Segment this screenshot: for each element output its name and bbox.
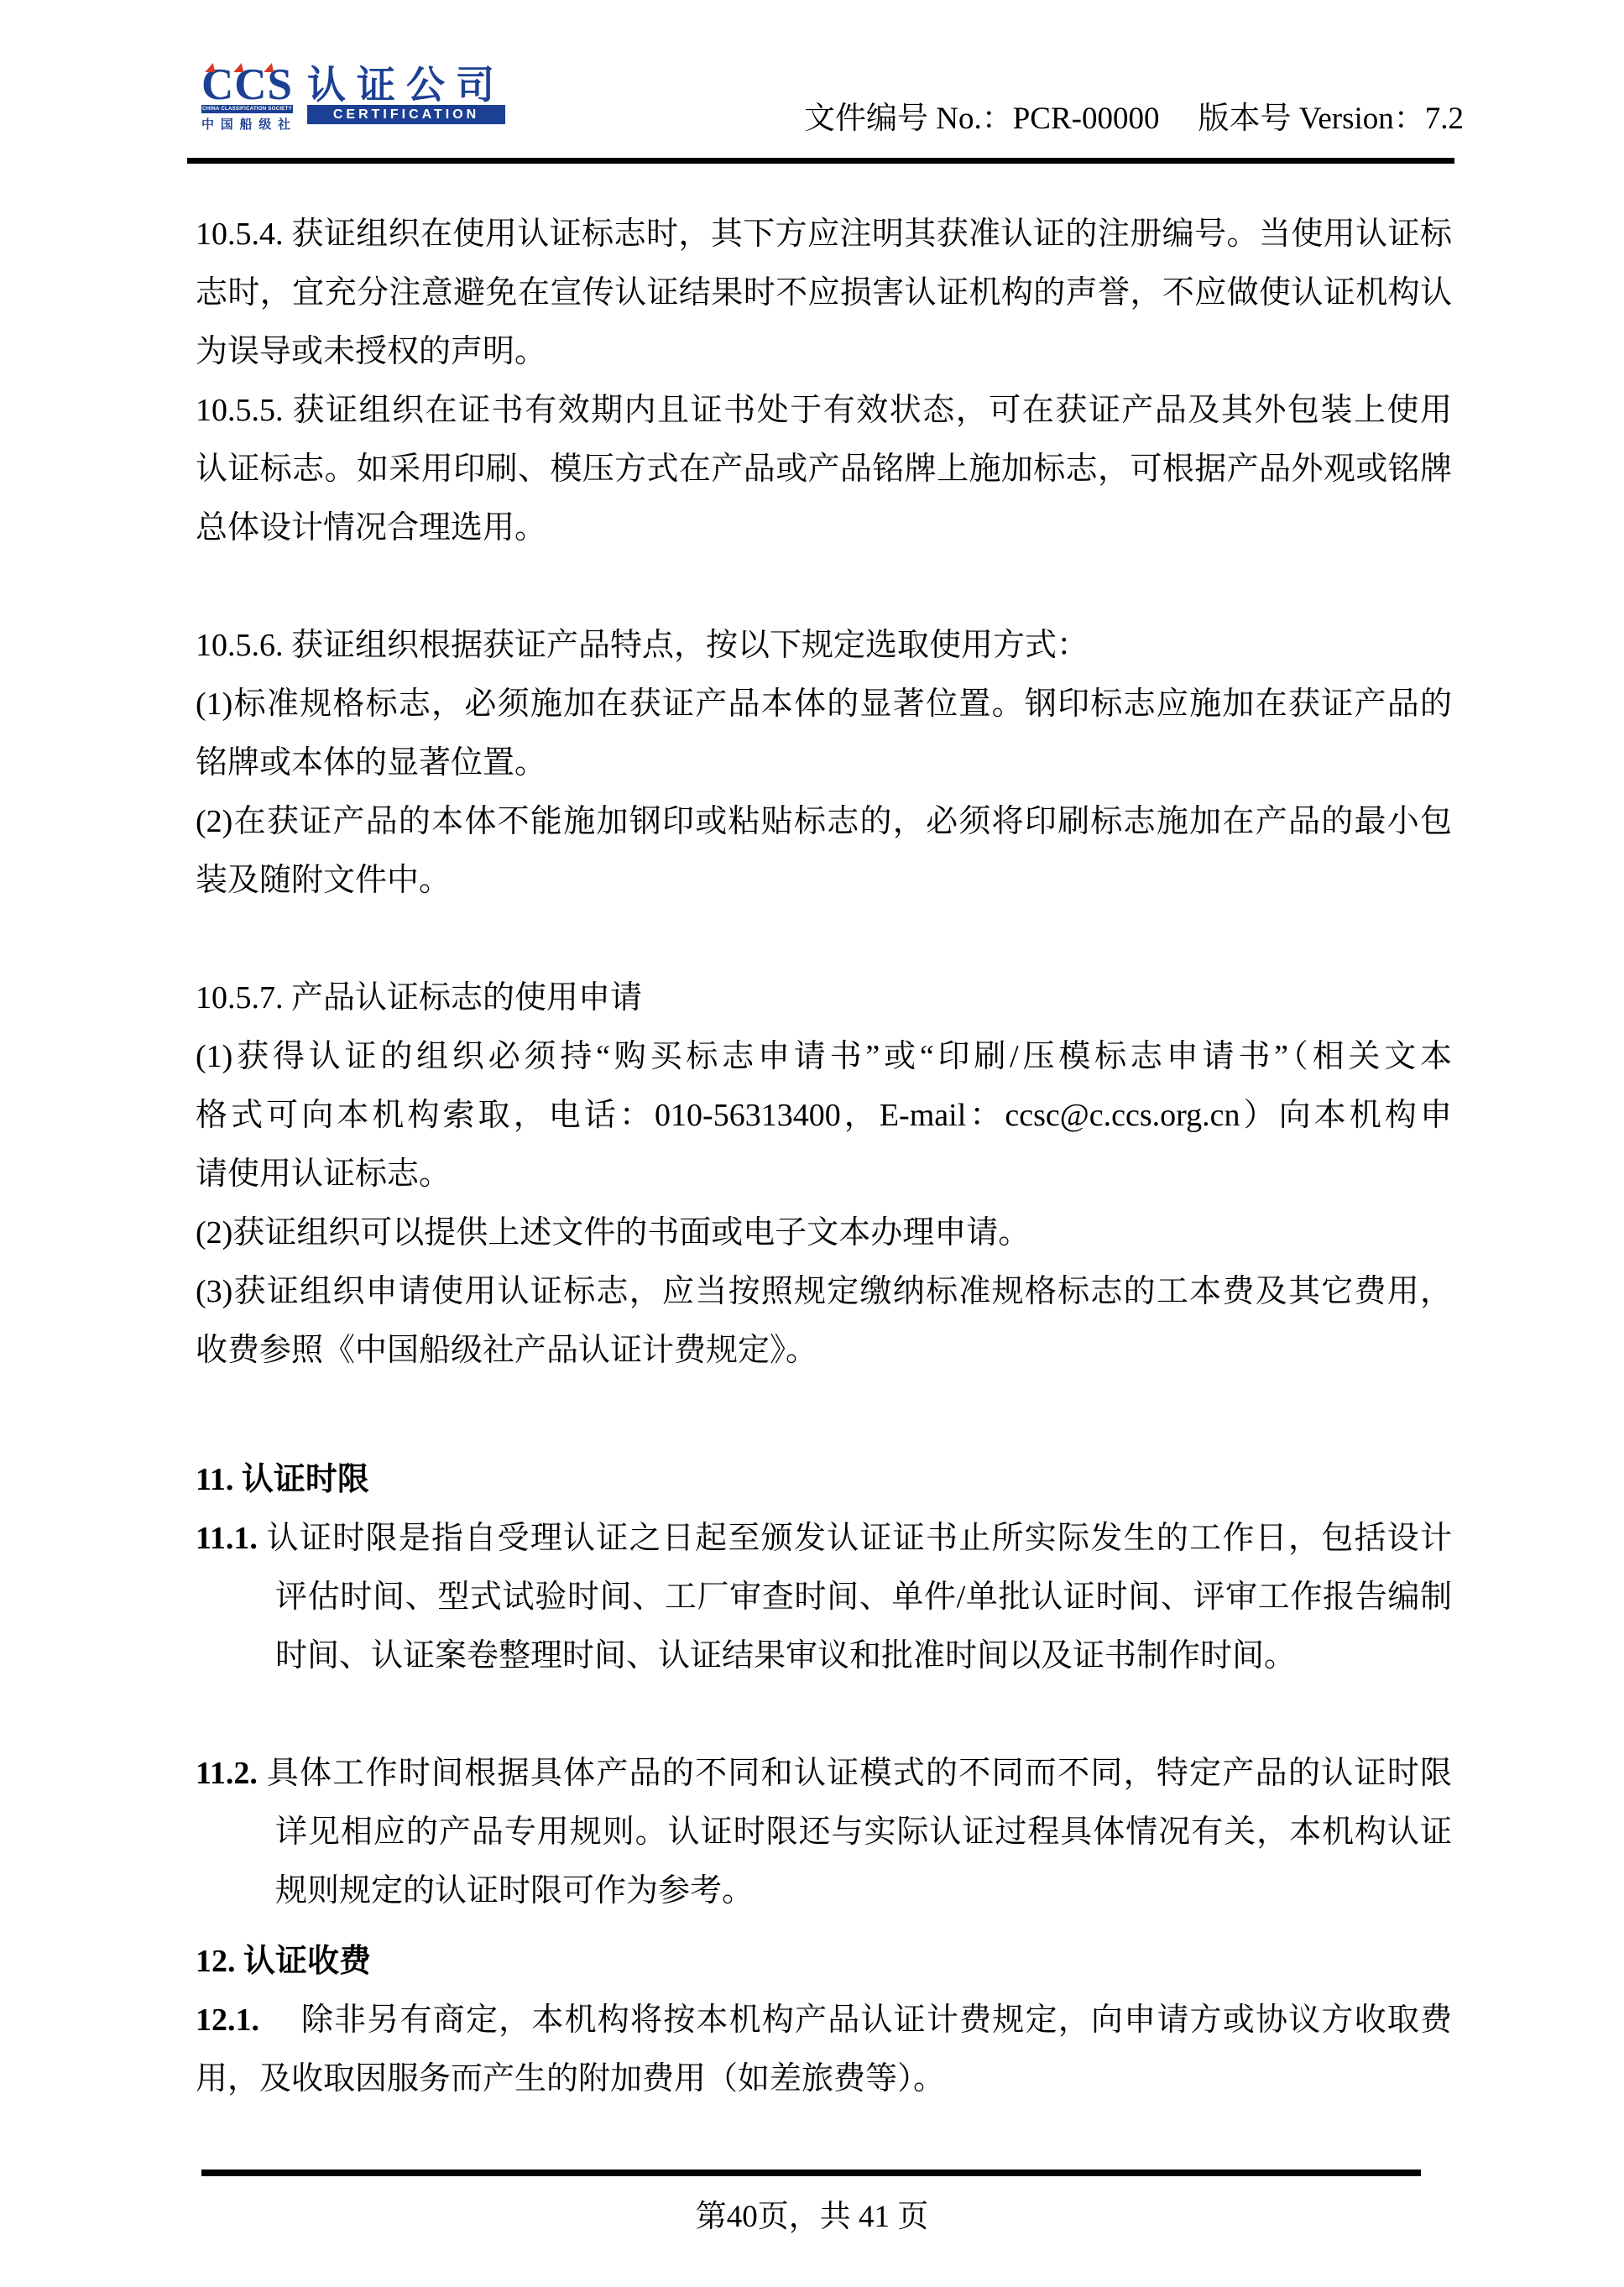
- line-text: 获证组织根据获证产品特点，按以下规定选取使用方式：: [291, 628, 1089, 663]
- text-line: 10.5.5. 获证组织在证书有效期内且证书处于有效状态，可在获证产品及其外包装…: [196, 381, 1452, 440]
- text-line: 详见相应的产品专用规则。认证时限还与实际认证过程具体情况有关，本机构认证: [196, 1803, 1452, 1861]
- text-line: 格式可向本机构索取，电话：010-56313400，E-mail：ccsc@c.…: [196, 1086, 1452, 1145]
- line-text: 详见相应的产品专用规则。认证时限还与实际认证过程具体情况有关，本机构认证: [275, 1814, 1452, 1850]
- text-line: (1)获得认证的组织必须持“购买标志申请书”或“印刷/压模标志申请书”（相关文本: [196, 1027, 1452, 1086]
- line-text: (2)在获证产品的本体不能施加钢印或粘贴标志的，必须将印刷标志施加在产品的最小包: [196, 804, 1452, 839]
- section-number: 11.2.: [196, 1756, 258, 1791]
- line-text: 评估时间、型式试验时间、工厂审查时间、单件/单批认证时间、评审工作报告编制: [275, 1579, 1452, 1615]
- company-name-cn: 认证公司: [307, 67, 505, 102]
- text-line: 收费参照《中国船级社产品认证计费规定》。: [196, 1321, 1452, 1380]
- line-text: 总体设计情况合理选用。: [196, 510, 546, 546]
- section-number: 10.5.4.: [196, 217, 284, 252]
- line-text: 认证时限是指自受理认证之日起至颁发认证证书止所实际发生的工作日，包括设计: [267, 1521, 1452, 1556]
- line-text: 获证组织在使用认证标志时，其下方应注明其获准认证的注册编号。当使用认证标: [291, 217, 1452, 252]
- line-text: 志时，宜充分注意避免在宣传认证结果时不应损害认证机构的声誉，不应做使认证机构认: [196, 275, 1452, 311]
- line-text: 铭牌或本体的显著位置。: [196, 745, 546, 781]
- section-number: 10.5.7.: [196, 980, 284, 1016]
- doc-number-label: 文件编号 No.：PCR-00000: [804, 92, 1159, 138]
- section-number: 12.: [196, 1944, 236, 1979]
- version-label: 版本号 Version：7.2: [1198, 92, 1464, 138]
- page-number: 第40页，共 41 页: [0, 2190, 1624, 2236]
- text-line: 铭牌或本体的显著位置。: [196, 734, 1452, 792]
- line-text: 收费参照《中国船级社产品认证计费规定》。: [196, 1333, 817, 1368]
- certification-bar: CERTIFICATION: [307, 105, 505, 124]
- section-heading: 12. 认证收费: [196, 1932, 1452, 1991]
- line-text: 具体工作时间根据具体产品的不同和认证模式的不同而不同，特定产品的认证时限: [267, 1756, 1452, 1791]
- footer-rule: [201, 2170, 1421, 2176]
- blank-line: [196, 557, 1452, 616]
- line-text: 格式可向本机构索取，电话：010-56313400，E-mail：ccsc@c.…: [196, 1098, 1452, 1133]
- text-line: (2)在获证产品的本体不能施加钢印或粘贴标志的，必须将印刷标志施加在产品的最小包: [196, 792, 1452, 851]
- line-text: 认证收费: [243, 1944, 371, 1979]
- header-meta: 文件编号 No.：PCR-00000 版本号 Version：7.2: [804, 92, 1464, 138]
- line-text: (1)标准规格标志，必须施加在获证产品本体的显著位置。钢印标志应施加在获证产品的: [196, 687, 1452, 722]
- text-line: 11.2. 具体工作时间根据具体产品的不同和认证模式的不同而不同，特定产品的认证…: [196, 1744, 1452, 1803]
- line-text: (3)获证组织申请使用认证标志，应当按照规定缴纳标准规格标志的工本费及其它费用，: [196, 1274, 1452, 1309]
- text-line: (1)标准规格标志，必须施加在获证产品本体的显著位置。钢印标志应施加在获证产品的: [196, 675, 1452, 734]
- ccs-logo: CCS CHINA CLASSIFICATION SOCIETY 中 国 船 级…: [201, 67, 505, 133]
- section-number: 12.1.: [196, 2002, 259, 2038]
- text-line: (3)获证组织申请使用认证标志，应当按照规定缴纳标准规格标志的工本费及其它费用，: [196, 1262, 1452, 1321]
- text-line: (2)获证组织可以提供上述文件的书面或电子文本办理申请。: [196, 1204, 1452, 1262]
- line-text: 除非另有商定，本机构将按本机构产品认证计费规定，向申请方或协议方收取费: [269, 2002, 1452, 2038]
- line-text: 规则规定的认证时限可作为参考。: [275, 1873, 754, 1908]
- section-number: 10.5.5.: [196, 393, 284, 428]
- text-line: 规则规定的认证时限可作为参考。: [196, 1861, 1452, 1920]
- text-line: 评估时间、型式试验时间、工厂审查时间、单件/单批认证时间、评审工作报告编制: [196, 1568, 1452, 1626]
- document-page: CCS CHINA CLASSIFICATION SOCIETY 中 国 船 级…: [0, 0, 1624, 2287]
- text-line: 用，及收取因服务而产生的附加费用（如差旅费等）。: [196, 2049, 1452, 2108]
- section-number: 11.1.: [196, 1521, 258, 1556]
- line-text: 用，及收取因服务而产生的附加费用（如差旅费等）。: [196, 2061, 945, 2096]
- ccs-logo-left: CCS CHINA CLASSIFICATION SOCIETY 中 国 船 级…: [201, 67, 293, 133]
- line-text: 时间、认证案卷整理时间、认证结果审议和批准时间以及证书制作时间。: [275, 1638, 1296, 1673]
- line-text: 认证时限: [242, 1462, 369, 1497]
- line-text: 装及随附文件中。: [196, 863, 451, 898]
- section-number: 10.5.6.: [196, 628, 284, 663]
- blank-line: [196, 1685, 1452, 1744]
- text-line: 认证标志。如采用印刷、模压方式在产品或产品铭牌上施加标志，可根据产品外观或铭牌: [196, 440, 1452, 499]
- text-line: 志时，宜充分注意避免在宣传认证结果时不应损害认证机构的声誉，不应做使认证机构认: [196, 264, 1452, 322]
- text-line: 11.1. 认证时限是指自受理认证之日起至颁发认证证书止所实际发生的工作日，包括…: [196, 1509, 1452, 1568]
- section-number: 11.: [196, 1462, 233, 1497]
- line-text: 产品认证标志的使用申请: [291, 980, 642, 1016]
- line-text: 获证组织在证书有效期内且证书处于有效状态，可在获证产品及其外包装上使用: [293, 393, 1452, 428]
- text-line: 时间、认证案卷整理时间、认证结果审议和批准时间以及证书制作时间。: [196, 1626, 1452, 1685]
- header-rule: [187, 158, 1454, 164]
- line-text: (2)获证组织可以提供上述文件的书面或电子文本办理申请。: [196, 1215, 1030, 1251]
- text-line: 10.5.7. 产品认证标志的使用申请: [196, 969, 1452, 1027]
- text-line: 请使用认证标志。: [196, 1145, 1452, 1204]
- text-line: 装及随附文件中。: [196, 851, 1452, 910]
- section-heading: 11. 认证时限: [196, 1450, 1452, 1509]
- ccs-chinese-name: 中 国 船 级 社: [201, 115, 293, 133]
- text-line: 10.5.4. 获证组织在使用认证标志时，其下方应注明其获准认证的注册编号。当使…: [196, 205, 1452, 264]
- text-line: 为误导或未授权的声明。: [196, 322, 1452, 381]
- ccs-logo-letters: CCS: [201, 67, 293, 102]
- blank-line: [196, 910, 1452, 969]
- text-line: 10.5.6. 获证组织根据获证产品特点，按以下规定选取使用方式：: [196, 616, 1452, 675]
- line-text: 请使用认证标志。: [196, 1157, 451, 1192]
- line-text: (1)获得认证的组织必须持“购买标志申请书”或“印刷/压模标志申请书”（相关文本: [196, 1039, 1452, 1074]
- line-text: 为误导或未授权的声明。: [196, 334, 546, 369]
- text-line: 总体设计情况合理选用。: [196, 499, 1452, 557]
- line-text: 认证标志。如采用印刷、模压方式在产品或产品铭牌上施加标志，可根据产品外观或铭牌: [196, 452, 1452, 487]
- document-body: 10.5.4. 获证组织在使用认证标志时，其下方应注明其获准认证的注册编号。当使…: [196, 205, 1452, 2108]
- blank-line: [196, 1380, 1452, 1439]
- ccs-logo-right: 认证公司 CERTIFICATION: [307, 67, 505, 133]
- text-line: 12.1. 除非另有商定，本机构将按本机构产品认证计费规定，向申请方或协议方收取…: [196, 1991, 1452, 2049]
